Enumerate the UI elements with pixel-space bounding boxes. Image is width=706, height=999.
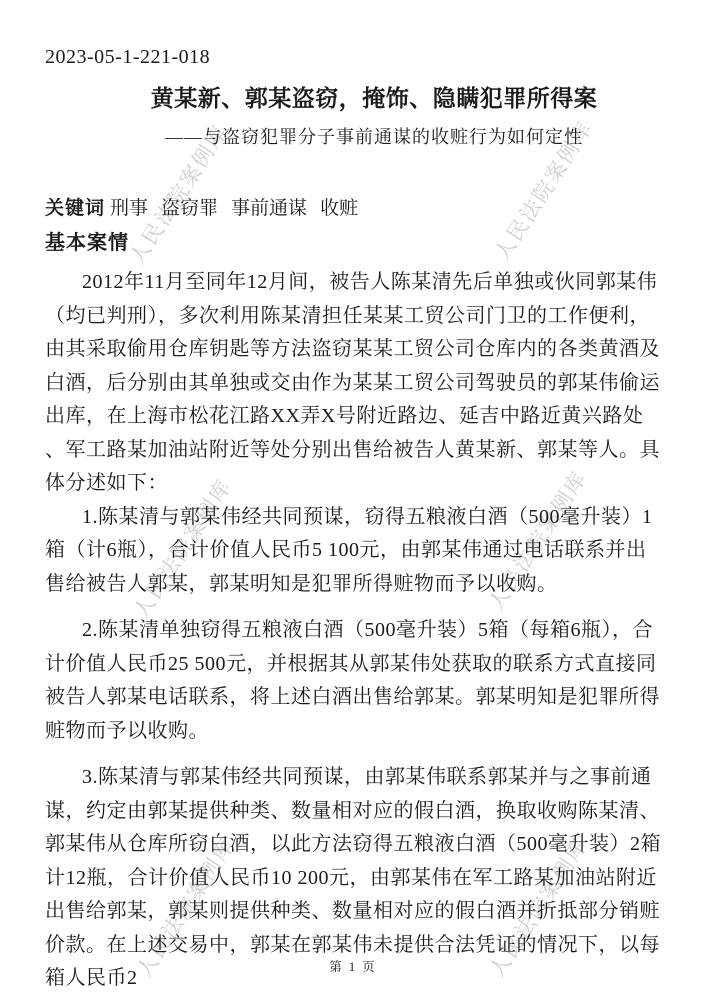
keyword-item: 收赃 [320, 198, 358, 219]
case-title: 黄某新、郭某盗窃，掩饰、隐瞒犯罪所得案 [66, 84, 682, 114]
keyword-item: 事前通谋 [231, 198, 307, 219]
body-paragraph: 1.陈某清与郭某伟经共同预谋，窃得五粮液白酒（500毫升装）1箱（计6瓶），合计… [45, 501, 661, 602]
title-block: 黄某新、郭某盗窃，掩饰、隐瞒犯罪所得案 ——与盗窃犯罪分子事前通谋的收赃行为如何… [66, 84, 682, 150]
keywords-label: 关键词 [45, 198, 105, 219]
body-paragraph: 2012年11月至同年12月间，被告人陈某清先后单独或伙同郭某伟（均已判刑），多… [45, 266, 661, 501]
keyword-item: 盗窃罪 [161, 198, 218, 219]
document-content: 2023-05-1-221-018 黄某新、郭某盗窃，掩饰、隐瞒犯罪所得案 ——… [0, 0, 706, 996]
body-paragraph: 2.陈某清单独窃得五粮液白酒（500毫升装）5箱（每箱6瓶），合计价值人民币25… [45, 614, 661, 748]
keyword-item: 刑事 [110, 198, 148, 219]
section-heading-basic-facts: 基本案情 [45, 230, 661, 257]
case-subtitle: ——与盗窃犯罪分子事前通谋的收赃行为如何定性 [66, 124, 682, 150]
page-number: 第 1 页 [0, 957, 706, 975]
keywords-row: 关键词刑事盗窃罪事前通谋收赃 [45, 196, 661, 222]
doc-number: 2023-05-1-221-018 [45, 44, 661, 70]
document-page: 人民法院案例库 人民法院案例库 人民法院案例库 人民法院案例库 人民法院案例库 … [0, 0, 706, 999]
